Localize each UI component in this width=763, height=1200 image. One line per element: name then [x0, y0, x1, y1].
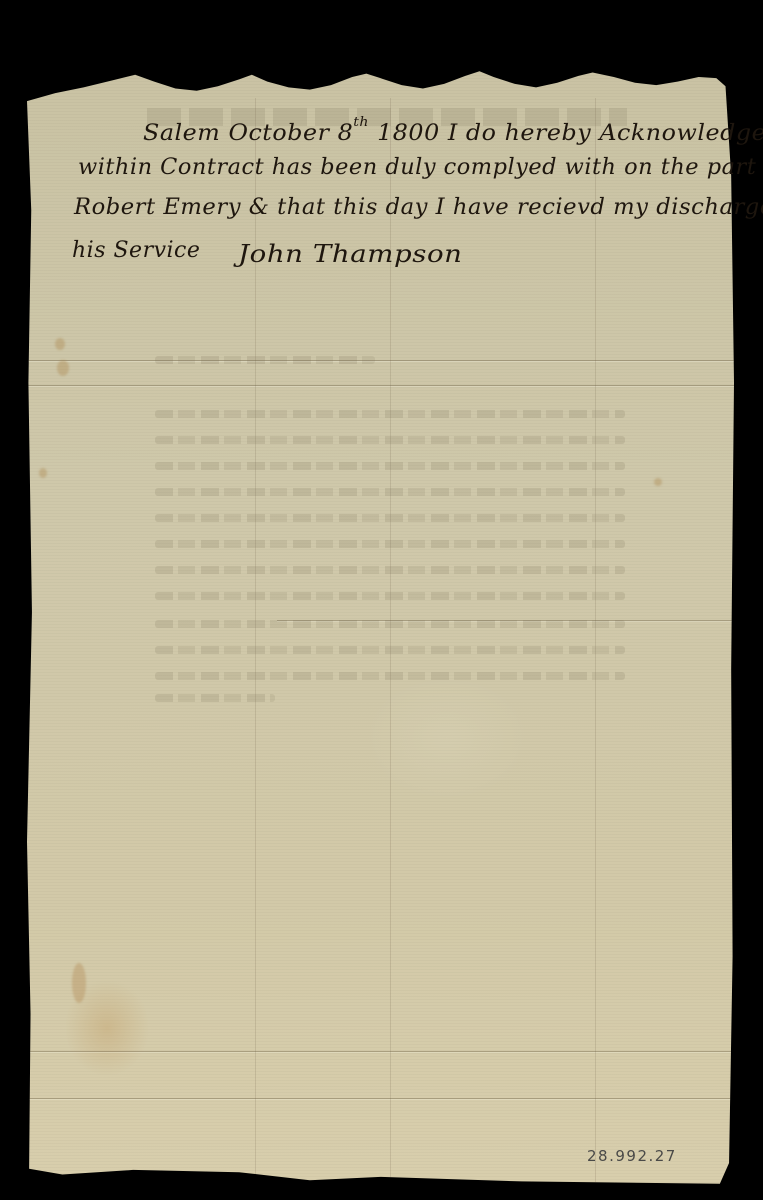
fold-line — [27, 385, 734, 386]
bleed-through-print — [155, 672, 625, 680]
stain — [39, 468, 47, 478]
fold-line — [595, 98, 596, 1186]
stain — [57, 360, 69, 376]
handwritten-line-2: within Contract has been duly complyed w… — [78, 155, 763, 180]
bleed-through-print — [155, 356, 375, 364]
bleed-through-print — [155, 436, 625, 444]
fold-line — [27, 1098, 734, 1099]
stain — [55, 338, 65, 350]
stain — [72, 963, 86, 1003]
day-suffix: th — [353, 115, 369, 130]
handwritten-line-3: Robert Emery & that this day I have reci… — [74, 195, 763, 220]
signature: John Thampson — [238, 240, 463, 268]
bleed-through-print — [155, 540, 625, 548]
bleed-through-print — [155, 646, 625, 654]
line-1-text: I do hereby Acknowledge that the — [448, 121, 763, 146]
bleed-through-print — [155, 620, 625, 628]
handwritten-line-1: Salem October 8th 1800 I do hereby Ackno… — [143, 115, 763, 146]
fold-line — [27, 1051, 734, 1052]
bleed-through-print — [155, 592, 625, 600]
bleed-through-print — [155, 694, 275, 702]
bleed-through-print — [155, 514, 625, 522]
catalog-number: 28.992.27 — [587, 1147, 677, 1165]
stain — [654, 478, 662, 486]
bleed-through-print — [155, 462, 625, 470]
fold-line — [27, 360, 734, 361]
month-text: October — [228, 121, 329, 146]
year-text: 1800 — [377, 121, 440, 146]
handwritten-line-4: his Service — [72, 238, 200, 263]
bleed-through-print — [155, 566, 625, 574]
bleed-through-print — [155, 488, 625, 496]
bleed-through-print — [155, 410, 625, 418]
day-text: 8 — [338, 121, 354, 146]
place-text: Salem — [143, 121, 220, 146]
